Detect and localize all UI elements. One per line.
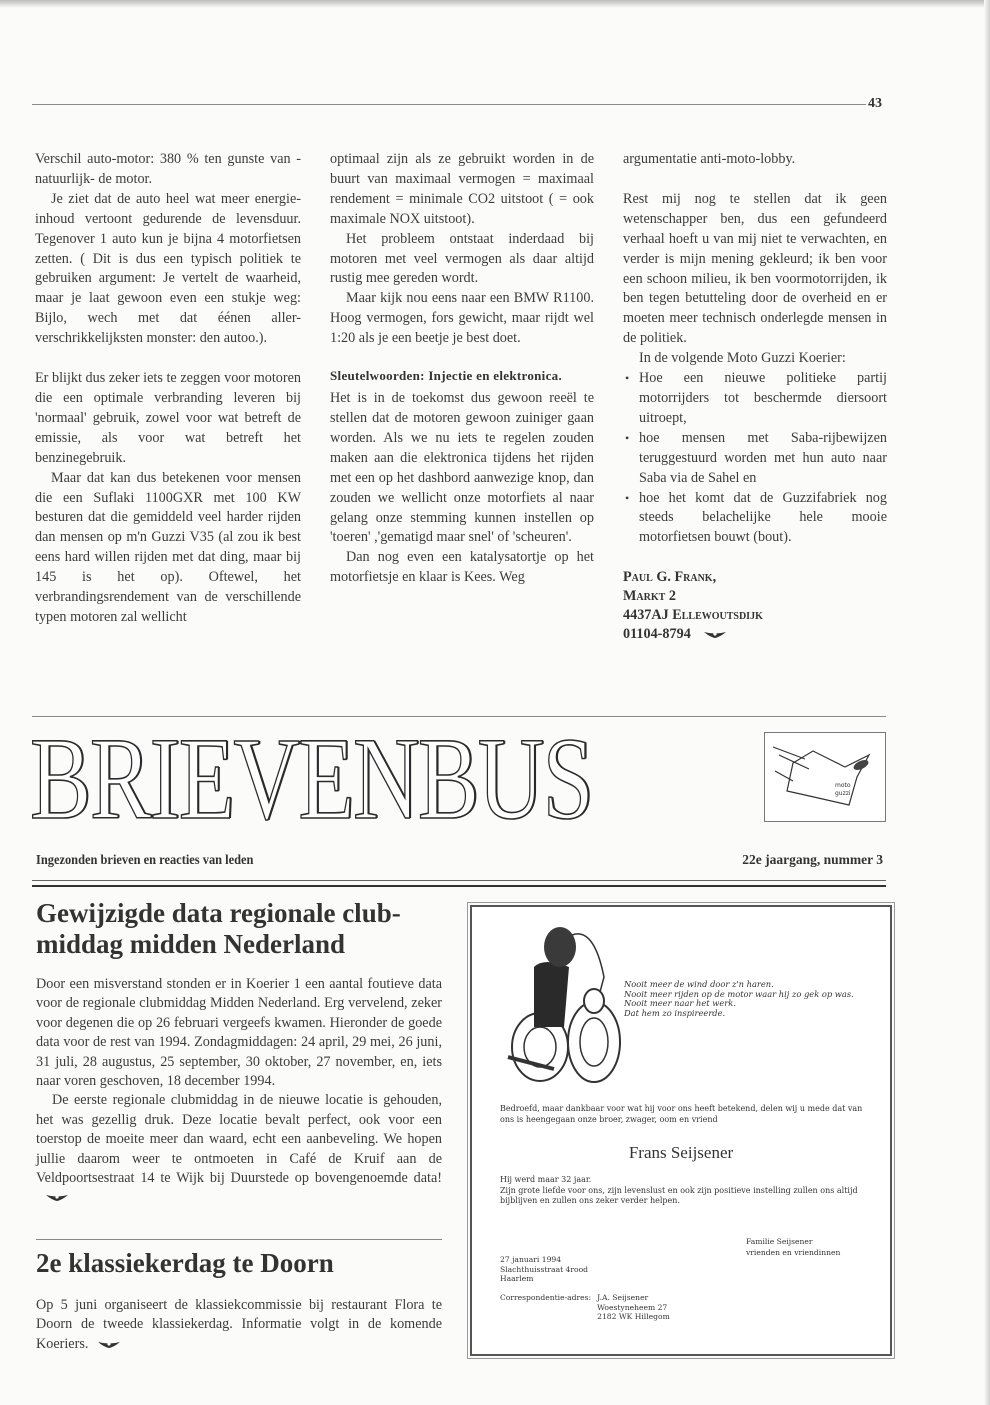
- paragraph: Er blijkt dus zeker iets te zeggen voor …: [35, 369, 301, 469]
- page-top-edge: [0, 0, 990, 8]
- paragraph: Je ziet dat de auto heel wat meer energi…: [35, 190, 301, 349]
- header-rule: [32, 104, 866, 105]
- paragraph: Dan nog even een katalysatortje op het m…: [330, 548, 594, 588]
- paragraph: Verschil auto-motor: 380 % ten gunste va…: [35, 150, 301, 190]
- signature-street: Markt 2: [623, 588, 676, 604]
- bullet-item: hoe mensen met Saba-rijbewijzen terugges…: [623, 429, 887, 489]
- notice-address: 27 januari 1994 Slachthuisstraat 4rood H…: [500, 1255, 588, 1284]
- paragraph: In de volgende Moto Guzzi Koerier:: [623, 349, 887, 369]
- memorial-poem: Nooit meer de wind door z'n haren. Nooit…: [624, 980, 854, 1018]
- paragraph: optimaal zijn als ze gebruikt worden in …: [330, 150, 594, 230]
- article-body: Door een misverstand stonden er in Koeri…: [36, 975, 442, 1208]
- article-title: Gewijzigde data regionale club-middag mi…: [36, 898, 456, 960]
- bullet-item: hoe het komt dat de Guzzifabriek nog ste…: [623, 489, 887, 549]
- motorcycle-rider-illustration: [494, 917, 624, 1087]
- subheading: Sleutelwoorden: Injectie en elektronica.: [330, 367, 594, 385]
- notice-intro: Bedroefd, maar dankbaar voor wat hij voo…: [500, 1103, 870, 1125]
- section-tagline: Ingezonden brieven en reacties van leden: [36, 852, 253, 868]
- flying-letter-icon: moto guzzi: [764, 732, 886, 822]
- letter-column-2: optimaal zijn als ze gebruikt worden in …: [330, 150, 594, 588]
- paragraph: Maar dat kan dus betekenen voor mensen d…: [35, 469, 301, 628]
- letter-column-1: Verschil auto-motor: 380 % ten gunste va…: [35, 150, 301, 628]
- letter-column-3: argumentatie anti-moto-lobby. Rest mij n…: [623, 150, 887, 644]
- double-rule-bottom: [32, 885, 886, 887]
- signature-name: Paul G. Frank,: [623, 569, 716, 585]
- double-rule-top: [32, 880, 886, 881]
- deceased-name: Frans Seijsener: [472, 1143, 890, 1163]
- bullet-list: Hoe een nieuwe politieke partij motorrij…: [623, 369, 887, 548]
- eagle-emblem-icon: [98, 1341, 120, 1349]
- notice-family: Familie Seijsener vrienden en vriendinne…: [746, 1237, 840, 1258]
- eagle-emblem-icon: [704, 631, 726, 639]
- paragraph: Maar kijk nou eens naar een BMW R1100. H…: [330, 289, 594, 349]
- signature-phone: 01104-8794: [623, 626, 691, 642]
- article-body: Op 5 juni organiseert de klassiekcommiss…: [36, 1296, 442, 1354]
- bullet-item: Hoe een nieuwe politieke partij motorrij…: [623, 369, 887, 429]
- page-right-edge: [984, 0, 990, 1405]
- correspondence-address: Correspondentie-adres: J.A. Seijsener Wo…: [500, 1293, 670, 1322]
- paragraph: De eerste regionale clubmiddag in de nie…: [36, 1091, 442, 1207]
- notice-text: Hij werd maar 32 jaar. Zijn grote liefde…: [500, 1175, 870, 1207]
- paragraph: Rest mij nog te stellen dat ik geen wete…: [623, 190, 887, 349]
- memorial-notice: Nooit meer de wind door z'n haren. Nooit…: [470, 905, 892, 1356]
- paragraph: argumentatie anti-moto-lobby.: [623, 150, 887, 170]
- signature-city: 4437AJ Ellewoutsdijk: [623, 607, 763, 623]
- signature: Paul G. Frank, Markt 2 4437AJ Ellewoutsd…: [623, 568, 887, 644]
- paragraph: Op 5 juni organiseert de klassiekcommiss…: [36, 1296, 442, 1354]
- paragraph: Het is in de toekomst dus gewoon reeël t…: [330, 389, 594, 548]
- eagle-emblem-icon: [46, 1194, 68, 1202]
- paragraph: Het probleem ontstaat inderdaad bij moto…: [330, 230, 594, 290]
- article-divider: [36, 1239, 442, 1240]
- svg-text:guzzi: guzzi: [835, 790, 851, 797]
- svg-text:moto: moto: [835, 782, 851, 789]
- page-number: 43: [868, 96, 882, 112]
- issue-label: 22e jaargang, nummer 3: [742, 852, 883, 868]
- article-title: 2e klassiekerdag te Doorn: [36, 1248, 456, 1279]
- paragraph: Door een misverstand stonden er in Koeri…: [36, 975, 442, 1091]
- section-masthead: BRIEVENBUS: [30, 724, 592, 834]
